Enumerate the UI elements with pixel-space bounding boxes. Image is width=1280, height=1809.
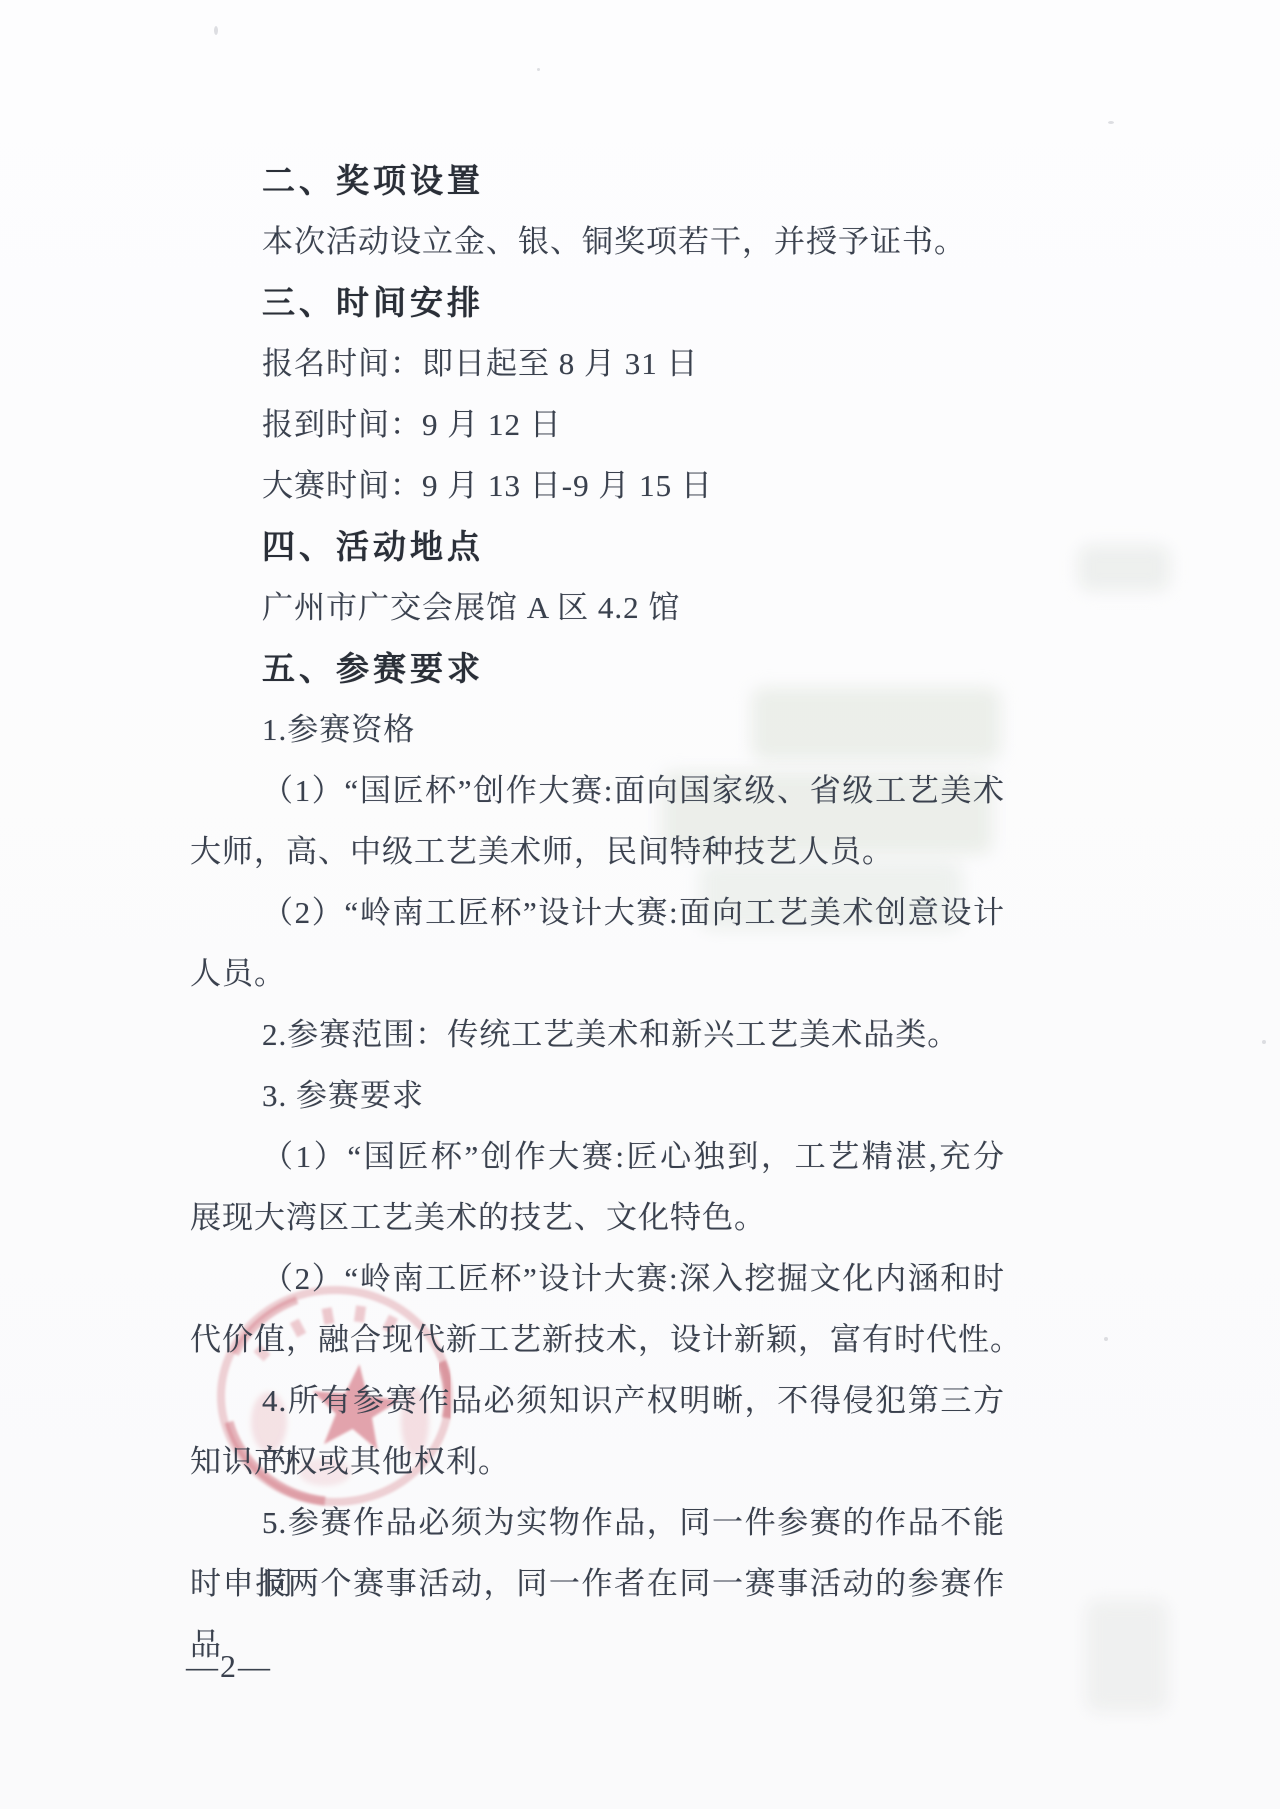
document-line: 大赛时间：9 月 13 日-9 月 15 日 xyxy=(190,455,1005,516)
bleedthrough-artifact xyxy=(1078,545,1170,591)
scan-speck xyxy=(537,68,540,71)
document-line: 人员。 xyxy=(190,943,1005,1004)
scanned-document-page: 二、奖项设置本次活动设立金、银、铜奖项若干，并授予证书。三、时间安排报名时间：即… xyxy=(0,0,1280,1809)
document-line: 代价值，融合现代新工艺新技术，设计新颖，富有时代性。 xyxy=(190,1309,1005,1370)
document-line: 大师，高、中级工艺美术师，民间特种技艺人员。 xyxy=(190,821,1005,882)
document-line: 知识产权或其他权利。 xyxy=(190,1431,1005,1492)
document-line: 本次活动设立金、银、铜奖项若干，并授予证书。 xyxy=(190,211,1005,272)
document-body: 二、奖项设置本次活动设立金、银、铜奖项若干，并授予证书。三、时间安排报名时间：即… xyxy=(190,150,1005,1614)
document-line: 3. 参赛要求 xyxy=(190,1065,1005,1126)
document-line: 时申报两个赛事活动，同一作者在同一赛事活动的参赛作品 xyxy=(190,1553,1005,1614)
document-line: 5.参赛作品必须为实物作品，同一件参赛的作品不能同 xyxy=(190,1492,1005,1553)
scan-speck xyxy=(1104,1337,1108,1341)
document-line: 报到时间：9 月 12 日 xyxy=(190,394,1005,455)
document-line: 广州市广交会展馆 A 区 4.2 馆 xyxy=(190,577,1005,638)
scan-speck xyxy=(1262,1040,1266,1044)
document-line: （2）“岭南工匠杯”设计大赛:深入挖掘文化内涵和时 xyxy=(190,1248,1005,1309)
scan-speck xyxy=(214,26,218,35)
section-heading: 五、参赛要求 xyxy=(190,638,1005,699)
section-heading: 二、奖项设置 xyxy=(190,150,1005,211)
document-line: 报名时间：即日起至 8 月 31 日 xyxy=(190,333,1005,394)
document-line: （1）“国匠杯”创作大赛:面向国家级、省级工艺美术 xyxy=(190,760,1005,821)
document-line: 4.所有参赛作品必须知识产权明晰，不得侵犯第三方的 xyxy=(190,1370,1005,1431)
document-line: （2）“岭南工匠杯”设计大赛:面向工艺美术创意设计 xyxy=(190,882,1005,943)
document-line: 1.参赛资格 xyxy=(190,699,1005,760)
scan-speck xyxy=(1108,121,1114,124)
document-line: 2.参赛范围：传统工艺美术和新兴工艺美术品类。 xyxy=(190,1004,1005,1065)
section-heading: 四、活动地点 xyxy=(190,516,1005,577)
bleedthrough-artifact xyxy=(1086,1600,1168,1712)
page-number: —2— xyxy=(186,1648,272,1685)
document-line: （1）“国匠杯”创作大赛:匠心独到，工艺精湛,充分 xyxy=(190,1126,1005,1187)
section-heading: 三、时间安排 xyxy=(190,272,1005,333)
document-line: 展现大湾区工艺美术的技艺、文化特色。 xyxy=(190,1187,1005,1248)
